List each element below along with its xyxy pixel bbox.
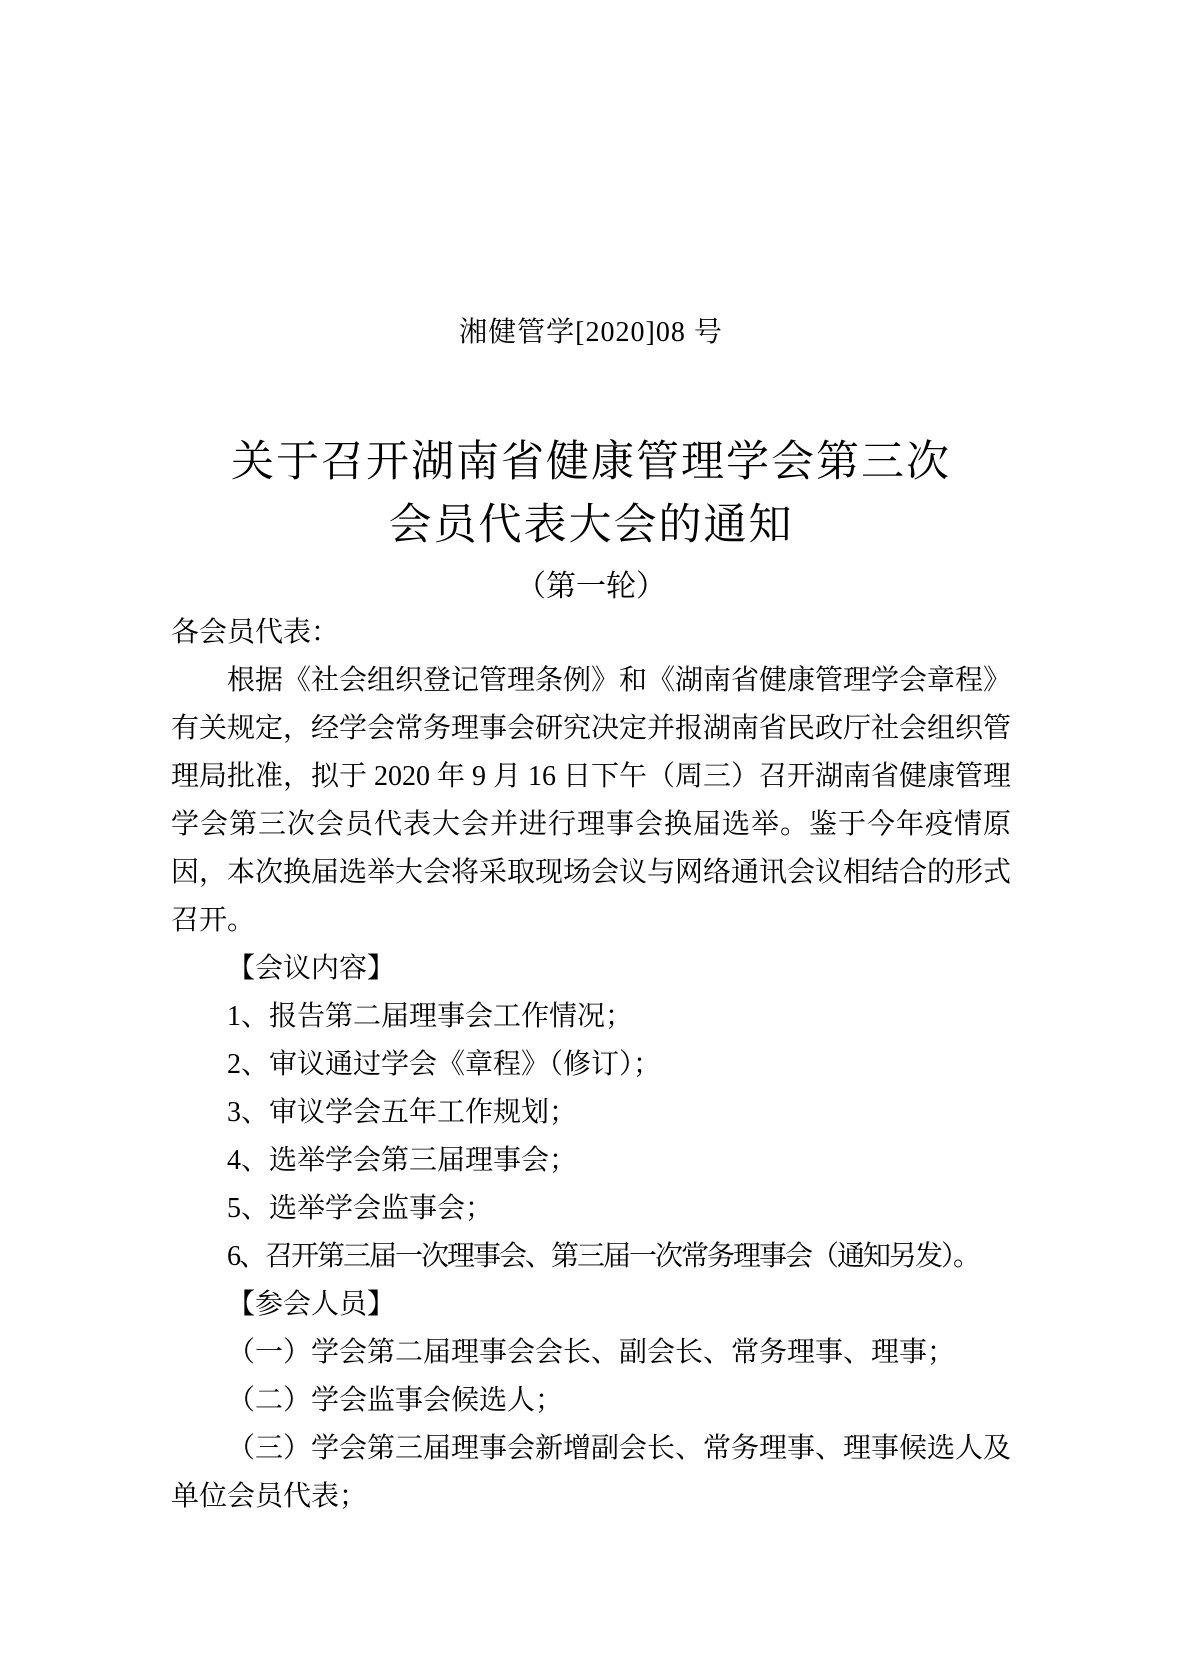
salutation: 各会员代表： — [171, 609, 1011, 657]
meeting-content-item-6: 6、召开第三届一次理事会、第三届一次常务理事会（通知另发）。 — [171, 1233, 1011, 1281]
document-title: 关于召开湖南省健康管理学会第三次 会员代表大会的通知 — [171, 431, 1011, 557]
attendees-item-3: （三）学会第三届理事会新增副会长、常务理事、理事候选人及单位会员代表； — [171, 1425, 1011, 1521]
meeting-content-item-1: 1、报告第二届理事会工作情况； — [171, 993, 1011, 1041]
doc-number: 湘健管学[2020]08 号 — [171, 313, 1011, 353]
attendees-heading: 【参会人员】 — [171, 1281, 1011, 1329]
title-line-2: 会员代表大会的通知 — [171, 494, 1011, 557]
title-line-1: 关于召开湖南省健康管理学会第三次 — [171, 431, 1011, 494]
meeting-content-item-2: 2、审议通过学会《章程》（修订）； — [171, 1041, 1011, 1089]
meeting-content-item-3: 3、审议学会五年工作规划； — [171, 1089, 1011, 1137]
meeting-content-heading: 【会议内容】 — [171, 945, 1011, 993]
attendees-item-1: （一）学会第二届理事会会长、副会长、常务理事、理事； — [171, 1329, 1011, 1377]
attendees-item-2: （二）学会监事会候选人； — [171, 1377, 1011, 1425]
notice-document-page: 湘健管学[2020]08 号 关于召开湖南省健康管理学会第三次 会员代表大会的通… — [0, 0, 1181, 1670]
intro-paragraph: 根据《社会组织登记管理条例》和《湖南省健康管理学会章程》有关规定，经学会常务理事… — [171, 657, 1011, 945]
meeting-content-item-4: 4、选举学会第三届理事会； — [171, 1137, 1011, 1185]
document-body: 各会员代表： 根据《社会组织登记管理条例》和《湖南省健康管理学会章程》有关规定，… — [171, 609, 1011, 1521]
subtitle-round: （第一轮） — [171, 565, 1011, 609]
meeting-content-item-5: 5、选举学会监事会； — [171, 1185, 1011, 1233]
